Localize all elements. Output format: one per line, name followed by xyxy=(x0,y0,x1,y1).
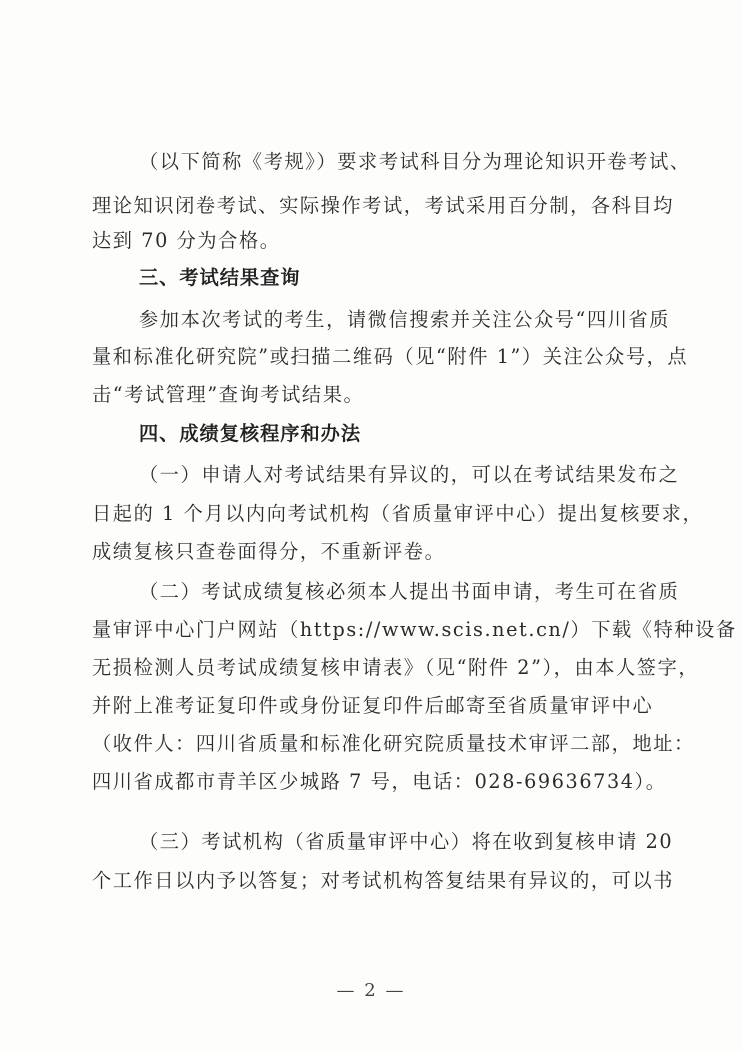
paragraph-line: 四川省成都市青羊区少城路 7 号，电话：028-69636734）。 xyxy=(92,770,652,794)
paragraph-line: 参加本次考试的考生，请微信搜索并关注公众号“四川省质 xyxy=(139,308,699,332)
paragraph-line: 个工作日以内予以答复；对考试机构答复结果有异议的，可以书 xyxy=(92,869,652,893)
paragraph-line: 无损检测人员考试成绩复核申请表》（见“附件 2”），由本人签字， xyxy=(92,656,652,680)
paragraph-line: 并附上准考证复印件或身份证复印件后邮寄至省质量审评中心 xyxy=(92,694,652,718)
paragraph-line: 击“考试管理”查询考试结果。 xyxy=(92,383,652,407)
section-heading-4: 四、成绩复核程序和办法 xyxy=(139,422,699,446)
paragraph-line: （以下简称《考规》）要求考试科目分为理论知识开卷考试、 xyxy=(139,150,699,174)
section-heading-3: 三、考试结果查询 xyxy=(139,266,699,290)
page-number: — 2 — xyxy=(0,980,742,1001)
document-page: （以下简称《考规》）要求考试科目分为理论知识开卷考试、 理论知识闭卷考试、实际操… xyxy=(0,0,742,1050)
paragraph-line: 量和标准化研究院”或扫描二维码（见“附件 1”）关注公众号，点 xyxy=(92,345,652,369)
paragraph-line: 达到 70 分为合格。 xyxy=(92,229,652,253)
paragraph-line: 日起的 1 个月以内向考试机构（省质量审评中心）提出复核要求， xyxy=(92,502,652,526)
paragraph-line: （二）考试成绩复核必须本人提出书面申请，考生可在省质 xyxy=(139,580,699,604)
paragraph-line: 理论知识闭卷考试、实际操作考试，考试采用百分制，各科目均 xyxy=(92,194,652,218)
paragraph-line: （收件人：四川省质量和标准化研究院质量技术审评二部，地址： xyxy=(92,732,652,756)
paragraph-line: （三）考试机构（省质量审评中心）将在收到复核申请 20 xyxy=(139,830,699,854)
paragraph-line: 成绩复核只查卷面得分，不重新评卷。 xyxy=(92,540,652,564)
paragraph-line: （一）申请人对考试结果有异议的，可以在考试结果发布之 xyxy=(139,463,699,487)
paragraph-line: 量审评中心门户网站（https://www.scis.net.cn/）下载《特种… xyxy=(92,618,652,642)
